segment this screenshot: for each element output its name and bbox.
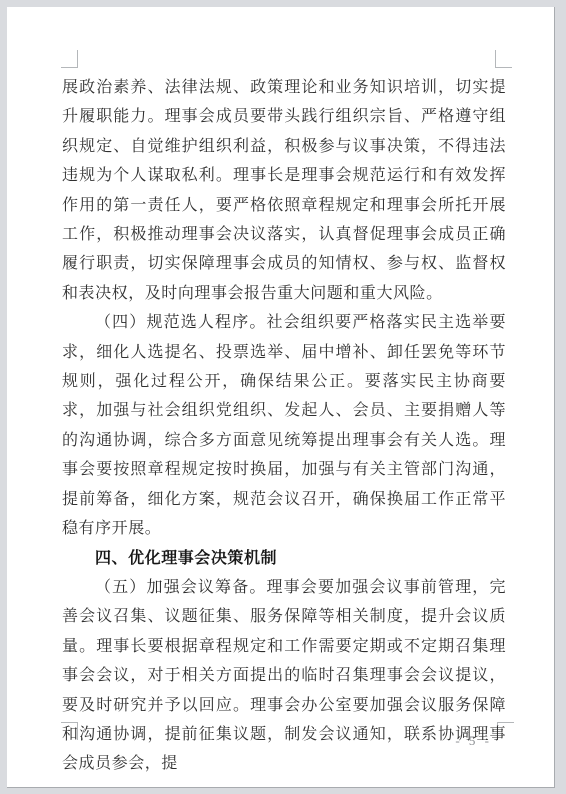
paragraph: （五）加强会议筹备。理事会要加强会议事前管理，完善会议召集、议题征集、服务保障等…	[62, 573, 506, 779]
paragraph-lead: （四）规范选人程序。	[95, 314, 267, 331]
paragraph-text: 社会组织要严格落实民主选举要求，细化人选提名、投票选举、届中增补、卸任罢免等环节…	[62, 314, 506, 537]
text-boundary-mark-top-left	[61, 50, 78, 68]
paragraph-text: 展政治素养、法律法规、政策理论和业务知识培训，切实提升履职能力。理事会成员要带头…	[62, 79, 506, 302]
document-body: 展政治素养、法律法规、政策理论和业务知识培训，切实提升履职能力。理事会成员要带头…	[62, 73, 506, 779]
section-heading-text: 四、优化理事会决策机制	[95, 550, 277, 567]
text-boundary-mark-top-right	[495, 50, 512, 68]
paragraph: （四）规范选人程序。社会组织要严格落实民主选举要求，细化人选提名、投票选举、届中…	[62, 308, 506, 543]
paragraph-lead: （五）加强会议筹备。	[95, 579, 267, 596]
paragraph: 展政治素养、法律法规、政策理论和业务知识培训，切实提升履职能力。理事会成员要带头…	[62, 73, 506, 308]
document-page: 展政治素养、法律法规、政策理论和业务知识培训，切实提升履职能力。理事会成员要带头…	[7, 7, 555, 788]
page-number: - 5 -	[455, 733, 492, 749]
paragraph-text: 理事会要加强会议事前管理，完善会议召集、议题征集、服务保障等相关制度，提升会议质…	[62, 579, 506, 772]
section-heading: 四、优化理事会决策机制	[62, 544, 506, 573]
